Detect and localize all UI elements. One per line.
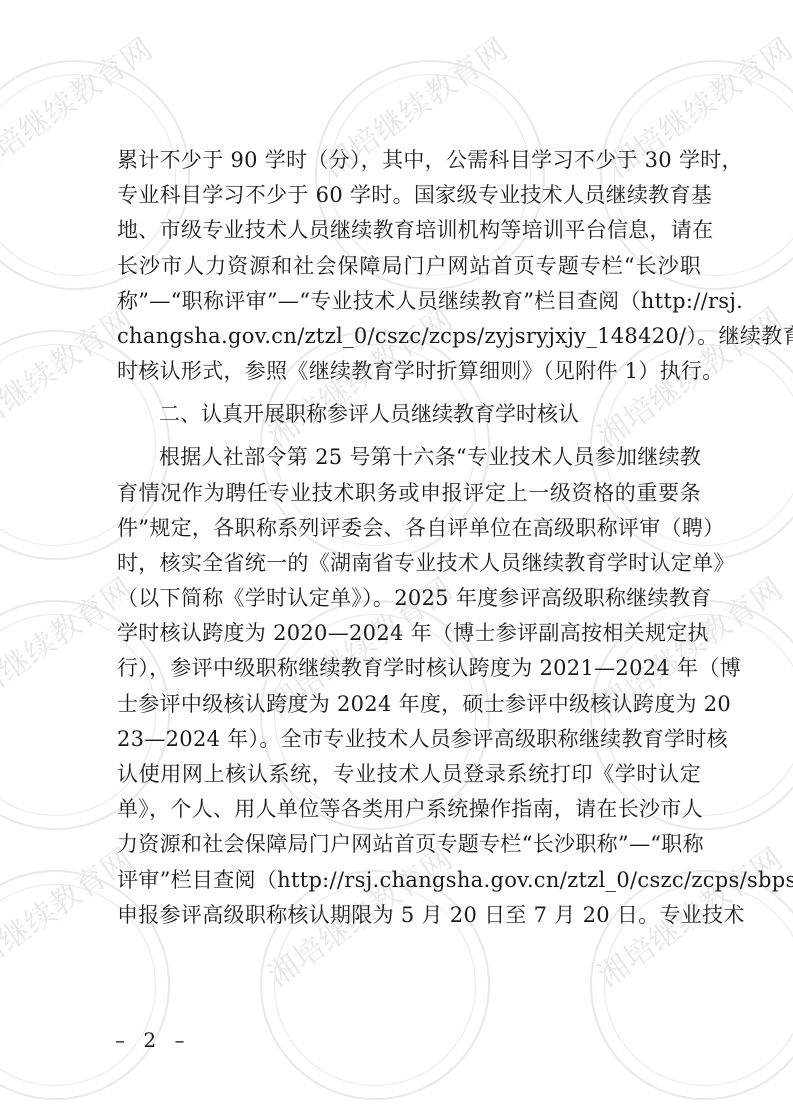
text-line: 件”规定，各职称系列评委会、各自评单位在高级职称评审（聘） xyxy=(117,511,701,546)
text-line: 认使用网上核认系统，专业技术人员登录系统打印《学时认定 xyxy=(117,757,701,792)
text-line: 学时核认跨度为 2020—2024 年（博士参评副高按相关规定执 xyxy=(117,616,701,651)
text-line: 根据人社部令第 25 号第十六条“专业技术人员参加继续教 xyxy=(117,440,701,475)
text-line: （以下简称《学时认定单》）。2025 年度参评高级职称继续教育 xyxy=(117,581,701,616)
text-line: 时，核实全省统一的《湖南省专业技术人员继续教育学时认定单》 xyxy=(117,546,701,581)
paragraph-1: 累计不少于 90 学时（分），其中，公需科目学习不少于 30 学时， 专业科目学… xyxy=(117,143,701,389)
text-line: 地、市级专业技术人员继续教育培训机构等培训平台信息，请在 xyxy=(117,213,701,248)
text-line: 力资源和社会保障局门户网站首页专题专栏“长沙职称”—“职称 xyxy=(117,827,701,862)
text-line: 单》，个人、用人单位等各类用户系统操作指南，请在长沙市人 xyxy=(117,792,701,827)
text-line: 时核认形式，参照《继续教育学时折算细则》（见附件 1）执行。 xyxy=(117,354,701,389)
text-line: 23—2024 年）。全市专业技术人员参评高级职称继续教育学时核 xyxy=(117,722,701,757)
paragraph-2: 根据人社部令第 25 号第十六条“专业技术人员参加继续教 育情况作为聘任专业技术… xyxy=(117,440,701,933)
page-number: – 2 – xyxy=(115,1028,190,1052)
text-line: 行），参评中级职称继续教育学时核认跨度为 2021—2024 年（博 xyxy=(117,651,701,686)
text-line: 专业科目学习不少于 60 学时。国家级专业技术人员继续教育基 xyxy=(117,178,701,213)
text-line: 育情况作为聘任专业技术职务或申报评定上一级资格的重要条 xyxy=(117,476,701,511)
text-line: changsha.gov.cn/ztzl_0/cszc/zcps/zyjsryj… xyxy=(117,319,701,354)
section-heading: 二、认真开展职称参评人员继续教育学时核认 xyxy=(117,389,701,440)
text-line: 士参评中级核认跨度为 2024 年度，硕士参评中级核认跨度为 20 xyxy=(117,687,701,722)
text-line: 长沙市人力资源和社会保障局门户网站首页专题专栏“长沙职 xyxy=(117,249,701,284)
text-line: 称”—“职称评审”—“专业技术人员继续教育”栏目查阅（http://rsj. xyxy=(117,284,701,319)
document-body: 累计不少于 90 学时（分），其中，公需科目学习不少于 30 学时， 专业科目学… xyxy=(117,143,701,933)
text-line: 评审”栏目查阅（http://rsj.changsha.gov.cn/ztzl_… xyxy=(117,863,701,898)
text-line: 申报参评高级职称核认期限为 5 月 20 日至 7 月 20 日。专业技术 xyxy=(117,898,701,933)
text-line: 累计不少于 90 学时（分），其中，公需科目学习不少于 30 学时， xyxy=(117,143,701,178)
